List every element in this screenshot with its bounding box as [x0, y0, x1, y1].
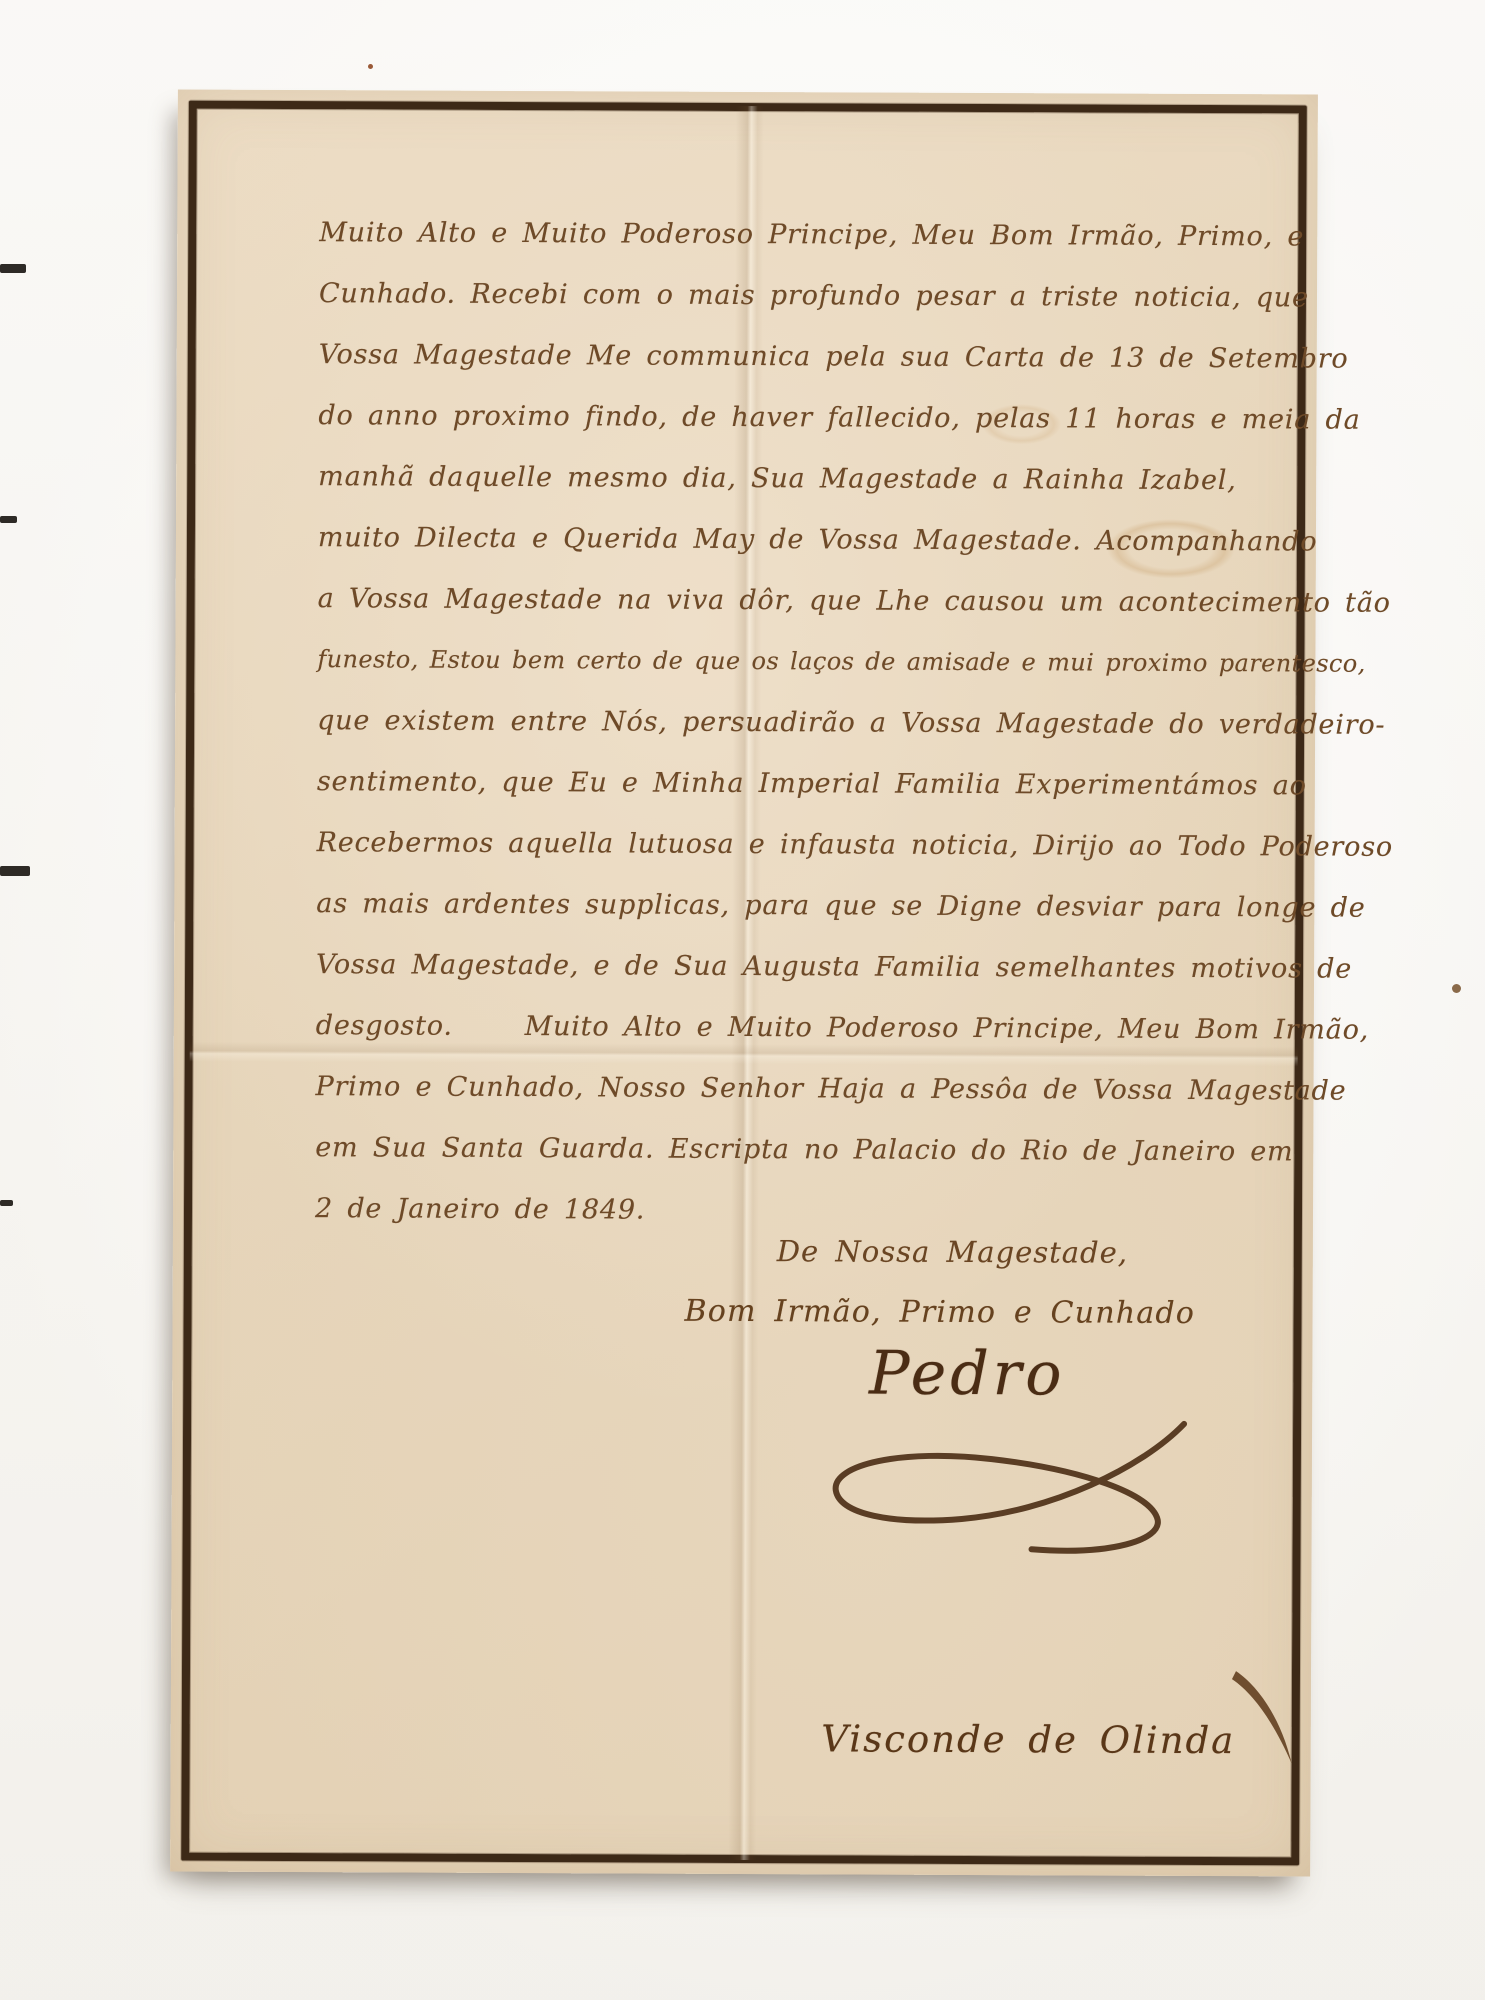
letter-line: Vossa Magestade, e de Sua Augusta Famili…: [316, 934, 1306, 999]
photo-edge-artifact: [0, 866, 30, 876]
closing-line: De Nossa Magestade,: [777, 1234, 1128, 1270]
letter-line: Primo e Cunhado, Nosso Senhor Haja a Pes…: [315, 1056, 1305, 1121]
letter-line: Recebermos aquella lutuosa e infausta no…: [316, 812, 1306, 877]
countersignature-visconde-de-olinda: Visconde de Olinda: [690, 1620, 1299, 1819]
photo-edge-artifact: [0, 264, 26, 273]
letter-line: muito Dilecta e Querida May de Vossa Mag…: [318, 507, 1308, 572]
letter-line: manhã daquelle mesmo dia, Sua Magestade …: [318, 446, 1308, 511]
letter-paper-sheet: Muito Alto e Muito Poderoso Principe, Me…: [170, 90, 1318, 1877]
letter-line: a Vossa Magestade na viva dôr, que Lhe c…: [318, 568, 1308, 633]
closing-line: Bom Irmão, Primo e Cunhado: [684, 1294, 1195, 1331]
letter-line: desgosto. Muito Alto e Muito Poderoso Pr…: [316, 995, 1306, 1060]
photo-edge-artifact: [0, 1200, 13, 1206]
signature-pedro: Pedro: [732, 1338, 1202, 1410]
photo-edge-artifact: [368, 64, 373, 69]
letter-line: Muito Alto e Muito Poderoso Principe, Me…: [319, 202, 1309, 267]
photo-edge-artifact: [1452, 984, 1461, 993]
letter-line: em Sua Santa Guarda. Escripta no Palacio…: [315, 1117, 1305, 1182]
letter-line: que existem entre Nós, persuadirão a Vos…: [317, 690, 1307, 755]
countersignature-text: Visconde de Olinda: [821, 1717, 1235, 1762]
letter-line: funesto, Estou bem certo de que os laços…: [317, 629, 1307, 694]
signature-flourish: [811, 1414, 1192, 1570]
letter-line: do anno proximo findo, de haver fallecid…: [318, 385, 1308, 450]
letter-line: Cunhado. Recebi com o mais profundo pesa…: [319, 263, 1309, 328]
letter-line: as mais ardentes supplicas, para que se …: [316, 873, 1306, 938]
letter-body: Muito Alto e Muito Poderoso Principe, Me…: [315, 202, 1310, 1243]
letter-line: sentimento, que Eu e Minha Imperial Fami…: [317, 751, 1307, 816]
photo-edge-artifact: [0, 516, 17, 523]
pen-flourish-icon: [1229, 1665, 1299, 1775]
photographed-manuscript-letter: Muito Alto e Muito Poderoso Principe, Me…: [0, 0, 1485, 2000]
letter-line: Vossa Magestade Me communica pela sua Ca…: [319, 324, 1309, 389]
